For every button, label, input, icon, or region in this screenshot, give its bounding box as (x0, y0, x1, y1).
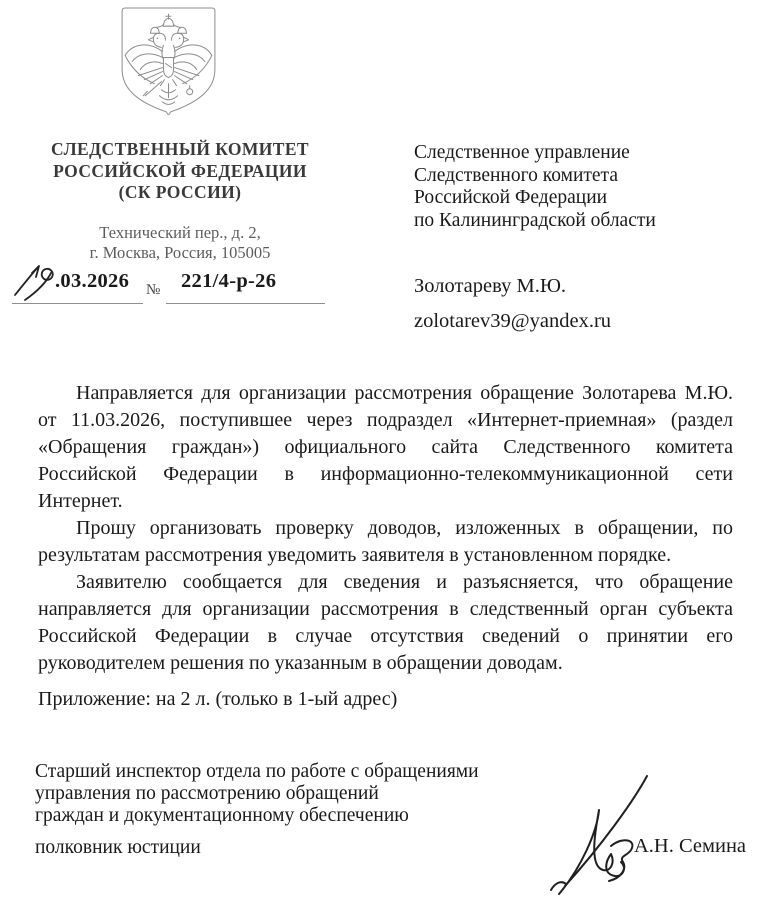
double-headed-eagle-icon (118, 5, 219, 120)
letter-body: Направляется для организации рассмотрени… (38, 380, 733, 677)
reference-number: 221/4-р-26 (181, 270, 276, 293)
org-name-line3: (СК РОССИИ) (15, 182, 345, 204)
handwriting-day-icon (10, 262, 58, 302)
attachment-note: Приложение: на 2 л. (только в 1-ый адрес… (38, 688, 397, 711)
officer-title-line3: граждан и документационному обеспечению (35, 805, 555, 827)
officer-rank: полковник юстиции (35, 837, 201, 859)
recipient-email: zolotarev39@yandex.ru (414, 310, 611, 333)
org-name-line2: РОССИЙСКОЙ ФЕДЕРАЦИИ (15, 161, 345, 183)
number-sign-label: № (146, 282, 160, 299)
body-paragraph-3: Заявителю сообщается для сведения и разъ… (38, 569, 733, 677)
address-line1: Технический пер., д. 2, (15, 223, 345, 243)
date-underline (12, 303, 143, 304)
signer-name: А.Н. Семина (634, 835, 746, 858)
recipient-org-line3: Российской Федерации (414, 187, 744, 210)
body-paragraph-2: Прошу организовать проверку доводов, изл… (38, 515, 733, 569)
recipient-org-line1: Следственное управление (414, 142, 744, 165)
recipient-organization: Следственное управление Следственного ко… (414, 142, 744, 232)
number-underline (166, 303, 325, 304)
body-paragraph-1: Направляется для организации рассмотрени… (38, 380, 733, 515)
org-name-line1: СЛЕДСТВЕННЫЙ КОМИТЕТ (15, 139, 345, 161)
officer-title-line1: Старший инспектор отдела по работе с обр… (35, 761, 555, 783)
recipient-person-name: Золотареву М.Ю. (414, 275, 566, 298)
officer-title-line2: управления по рассмотрению обращений (35, 783, 555, 805)
letterhead-org-name: СЛЕДСТВЕННЫЙ КОМИТЕТ РОССИЙСКОЙ ФЕДЕРАЦИ… (15, 139, 345, 204)
recipient-org-line2: Следственного комитета (414, 165, 744, 188)
reference-date: .03.2026 (55, 270, 129, 293)
scanned-letter-page: СЛЕДСТВЕННЫЙ КОМИТЕТ РОССИЙСКОЙ ФЕДЕРАЦИ… (0, 0, 768, 901)
coat-of-arms-emblem (118, 5, 219, 120)
recipient-org-line4: по Калининградской области (414, 210, 744, 233)
handwritten-day-mark (10, 262, 58, 302)
letterhead-address: Технический пер., д. 2, г. Москва, Росси… (15, 223, 345, 263)
officer-title: Старший инспектор отдела по работе с обр… (35, 761, 555, 826)
address-line2: г. Москва, Россия, 105005 (15, 243, 345, 263)
